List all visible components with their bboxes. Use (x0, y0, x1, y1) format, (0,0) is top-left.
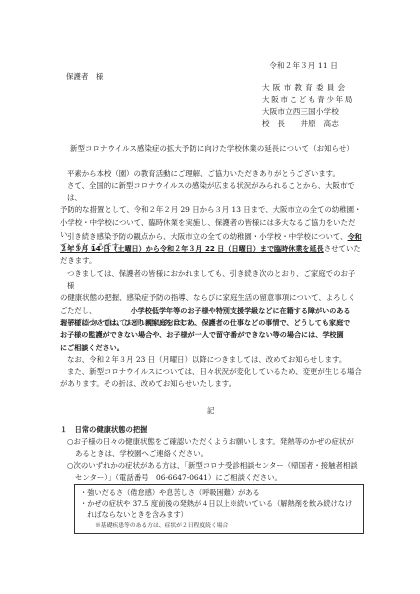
text-line: ○次のいずれかの症状がある方は、「新型コロナ受診相談センター（帰国者・接触者相談 (67, 460, 363, 472)
sender-board-of-education: 大阪市教育委員会 (262, 82, 348, 93)
body-paragraph-5: ただし、小学校低学年等のお子様や特別支援学級などに在籍する障がいのある お子様に… (60, 305, 362, 354)
section-item-2: ○次のいずれかの症状がある方は、「新型コロナ受診相談センター（帰国者・接触者相談… (67, 460, 363, 484)
text-line: ○お子様の日々の健康状態をご確認いただくようお願いします。発熱等のかぜの症状が (67, 436, 363, 448)
recipient: 保護者 様 (66, 71, 103, 82)
section-item-1: ○お子様の日々の健康状態をご確認いただくようお願いします。発熱等のかぜの症状が … (67, 436, 363, 460)
symptom-line: ・強いだるさ（倦怠感）や息苦しさ（呼吸困難）がある (80, 487, 260, 498)
greeting-line: 平素から本校（園）の教育活動にご理解、ご協力いただきありがとうございます。 (60, 168, 362, 180)
text-line: 予防的な措置として、令和２年２月 29 日から３月 13 日まで、大阪市立の全て… (60, 204, 362, 216)
text-line: なお、令和２年３月 23 日（月曜日）以降につきましては、改めてお知らせします。 (60, 354, 362, 366)
body-paragraph-7: また、新型コロナウイルスについては、日々状況が変化しているため、変更が生じる場合… (60, 366, 362, 390)
text-line: があります。その折は、改めてお知らせいたします。 (60, 378, 362, 390)
text-line: 引き続き感染予防の観点から、大阪市立の全ての幼稚園・小学校・中学校について、令和 (60, 231, 362, 243)
sender-children-youth-bureau: 大阪市こども青少年局 (262, 94, 354, 105)
text-line: ただし、小学校低学年等のお子様や特別支援学級などに在籍する障がいのある (60, 305, 362, 317)
highlighted-notice: お子様については、ひとり親家庭をはじめ、保護者の仕事などの事情で、どうしても家庭… (60, 317, 362, 329)
symptom-line: ・かぜの症状や 37.5 度前後の発熱が４日以上※続いている（解熱剤を飲み続けな… (80, 498, 352, 509)
text-line: あるときは、学校園へご連絡ください。 (67, 448, 363, 460)
body-paragraph-1: 平素から本校（園）の教育活動にご理解、ご協力いただきありがとうございます。 (60, 168, 362, 180)
text-line: さて、全国的に新型コロナウイルスの感染が広まる状況がみられることから、大阪市では… (60, 180, 362, 204)
section-heading: １ 日常の健康状態の把握 (60, 424, 147, 435)
symptom-note: ※基礎疾患等のある方は、症状が２日程度続く場合 (95, 521, 228, 532)
text-line: また、新型コロナウイルスについては、日々状況が変化しているため、変更が生じる場合 (60, 366, 362, 378)
symptoms-box: ・強いだるさ（倦怠感）や息苦しさ（呼吸困難）がある ・かぜの症状や 37.5 度… (74, 484, 364, 534)
text-line: つきましては、保護者の皆様におかれましても、引き続き次のとおり、ご家庭でのお子様 (60, 268, 362, 292)
text-segment: 引き続き感染予防の観点から、大阪市立の全ての幼稚園・小学校・中学校について、 (67, 232, 348, 241)
symptom-line: ればならないときを含みます） (80, 509, 188, 520)
document-page: 令和２年３月 11 日 保護者 様 大阪市教育委員会 大阪市こども青少年局 大阪… (0, 0, 420, 594)
text-segment: ただし、 (67, 306, 97, 315)
ki-marker: 記 (207, 405, 215, 416)
document-date: 令和２年３月 11 日 (269, 60, 338, 71)
text-line: センター）」（電話番号 06-6647-0641）にご相談ください。 (67, 472, 363, 484)
sender-principal: 校 長 井原 高志 (262, 118, 339, 129)
highlighted-notice: 小学校低学年等のお子様や特別支援学級などに在籍する障がいのある (131, 306, 351, 315)
sender-school: 大阪市立西三国小学校 (262, 106, 339, 117)
highlighted-notice: お子様の監護ができない場合や、お子様が一人で留守番ができない等の場合には、学校園 (60, 329, 362, 341)
text-line: ２年３月 14 日（土曜日）から令和２年３月 22 日（日曜日）まで臨時休業を延… (60, 243, 362, 255)
text-segment: させていた (324, 244, 361, 253)
text-line: だきます。 (60, 255, 362, 267)
highlighted-date-start: 令和 (348, 232, 362, 241)
document-title: 新型コロナウイルス感染症の拡大予防に向けた学校休業の延長について（お知らせ） (70, 143, 354, 154)
body-paragraph-3: 引き続き感染予防の観点から、大阪市立の全ての幼稚園・小学校・中学校について、令和… (60, 231, 362, 268)
highlighted-closure-period: ２年３月 14 日（土曜日）から令和２年３月 22 日（日曜日）まで臨時休業を延… (60, 244, 324, 253)
highlighted-notice: にご相談ください。 (60, 342, 362, 354)
body-paragraph-6: なお、令和２年３月 23 日（月曜日）以降につきましては、改めてお知らせします。 (60, 354, 362, 366)
